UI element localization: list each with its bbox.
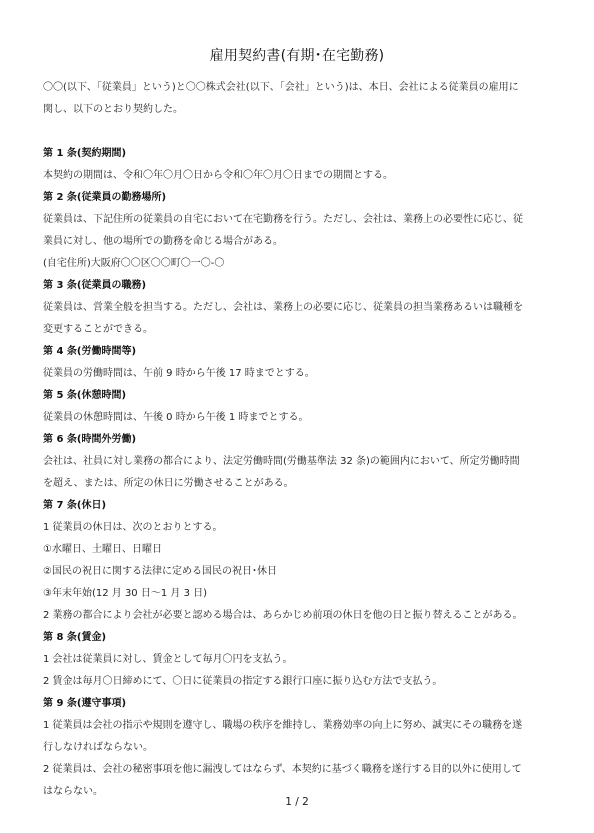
article-heading: 第 6 条(時間外労働) [43,429,525,451]
holiday-item-3: ③年末年始(12 月 30 日～1 月 3 日) [43,583,525,605]
article-heading: 第 5 条(休憩時間) [43,385,525,407]
article-8: 第 8 条(賃金) 1 会社は従業員に対し、賃金として毎月〇円を支払う。 2 賃… [43,627,525,693]
article-paragraph: 従業員の休憩時間は、午後 0 時から午後 1 時までとする。 [43,407,525,429]
article-heading: 第 3 条(従業員の職務) [43,275,525,297]
article-3: 第 3 条(従業員の職務) 従業員は、営業全般を担当する。ただし、会社は、業務上… [43,275,525,341]
article-paragraph: 本契約の期間は、令和〇年〇月〇日から令和〇年〇月〇日までの期間とする。 [43,165,525,187]
page-number: 1 / 2 [0,796,594,808]
article-paragraph: 2 業務の都合により会社が必要と認める場合は、あらかじめ前項の休日を他の日と振り… [43,605,525,627]
holiday-item-1: ①水曜日、土曜日、日曜日 [43,539,525,561]
article-paragraph: 2 賃金は毎月〇日締めにて、〇日に従業員の指定する銀行口座に振り込む方法で支払う… [43,671,525,693]
article-4: 第 4 条(労働時間等) 従業員の労働時間は、午前 9 時から午後 17 時まで… [43,341,525,385]
article-5: 第 5 条(休憩時間) 従業員の休憩時間は、午後 0 時から午後 1 時までとす… [43,385,525,429]
article-paragraph: 1 会社は従業員に対し、賃金として毎月〇円を支払う。 [43,649,525,671]
article-heading: 第 1 条(契約期間) [43,143,525,165]
article-2: 第 2 条(従業員の勤務場所) 従業員は、下記住所の従業員の自宅において在宅勤務… [43,187,525,275]
home-address: (自宅住所)大阪府〇〇区〇〇町〇一〇-〇 [43,253,525,275]
article-7: 第 7 条(休日) 1 従業員の休日は、次のとおりとする。 ①水曜日、土曜日、日… [43,495,525,627]
article-heading: 第 2 条(従業員の勤務場所) [43,187,525,209]
article-1: 第 1 条(契約期間) 本契約の期間は、令和〇年〇月〇日から令和〇年〇月〇日まで… [43,143,525,187]
article-heading: 第 8 条(賃金) [43,627,525,649]
document-body: 〇〇(以下、「従業員」という)と〇〇株式会社(以下、「会社」という)は、本日、会… [43,77,525,803]
article-heading: 第 7 条(休日) [43,495,525,517]
article-6: 第 6 条(時間外労働) 会社は、社員に対し業務の都合により、法定労働時間(労働… [43,429,525,495]
intro-paragraph: 〇〇(以下、「従業員」という)と〇〇株式会社(以下、「会社」という)は、本日、会… [43,77,525,121]
article-paragraph: 従業員は、下記住所の従業員の自宅において在宅勤務を行う。ただし、会社は、業務上の… [43,209,525,253]
document-page: 雇用契約書(有期･在宅勤務) 〇〇(以下、「従業員」という)と〇〇株式会社(以下… [0,0,594,833]
document-title: 雇用契約書(有期･在宅勤務) [0,45,594,65]
article-paragraph: 会社は、社員に対し業務の都合により、法定労働時間(労働基準法 32 条)の範囲内… [43,451,525,495]
article-paragraph: 従業員の労働時間は、午前 9 時から午後 17 時までとする。 [43,363,525,385]
holiday-item-2: ②国民の祝日に関する法律に定める国民の祝日･休日 [43,561,525,583]
article-heading: 第 4 条(労働時間等) [43,341,525,363]
article-paragraph: 1 従業員の休日は、次のとおりとする。 [43,517,525,539]
article-paragraph: 従業員は、営業全般を担当する。ただし、会社は、業務上の必要に応じ、従業員の担当業… [43,297,525,341]
article-heading: 第 9 条(遵守事項) [43,693,525,715]
article-9: 第 9 条(遵守事項) 1 従業員は会社の指示や規則を遵守し、職場の秩序を維持し… [43,693,525,803]
article-paragraph: 1 従業員は会社の指示や規則を遵守し、職場の秩序を維持し、業務効率の向上に努め、… [43,715,525,759]
